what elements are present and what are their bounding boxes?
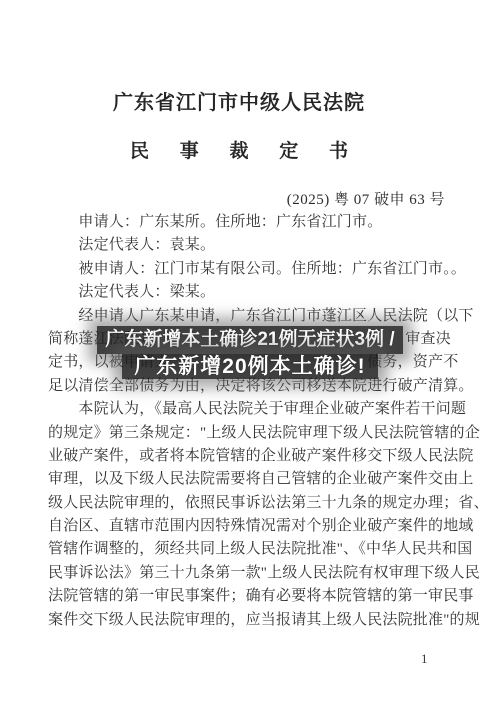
document-line: 法定代表人：袁某。 bbox=[48, 234, 460, 257]
document-line: 申请人：广东某所。住所地：广东省江门市。 bbox=[48, 211, 460, 234]
court-title: 广东省江门市中级人民法院 bbox=[0, 86, 478, 115]
document-line: 法定代表人：梁某。 bbox=[48, 281, 460, 304]
headline-line-2: 广东新增20例本土确诊! bbox=[122, 354, 377, 379]
headline-overlay: 广东新增本土确诊21例无症状3例 / 广东新增20例本土确诊! bbox=[0, 326, 500, 379]
headline-row-1: 广东新增本土确诊21例无症状3例 / bbox=[0, 326, 500, 354]
document-line: 业破产案件，或者将本院管辖的企业破产案件移交下级人民法院 bbox=[48, 445, 460, 468]
document-type-title: 民 事 裁 定 书 bbox=[0, 136, 478, 163]
document-line: 审理，以及下级人民法院需要将自己管辖的企业破产案件交由上 bbox=[48, 468, 460, 491]
document-body: 申请人：广东某所。住所地：广东省江门市。 法定代表人：袁某。 被申请人：江门市某… bbox=[48, 211, 460, 632]
document-line: 民事诉讼法》第三十九条第一款"上级人民法院有权审理下级人民 bbox=[48, 562, 460, 585]
document-line: 级人民法院审理的，依照民事诉讼法第三十九条的规定办理；省、 bbox=[48, 492, 460, 515]
document-line: 的规定》第三条规定："上级人民法院审理下级人民法院管辖的企 bbox=[48, 422, 460, 445]
page-number: 1 bbox=[421, 651, 428, 667]
case-number: (2025) 粤 07 破申 63 号 bbox=[287, 188, 445, 209]
document-line: 法院管辖的第一审民事案件；确有必要将本院管辖的第一审民事 bbox=[48, 585, 460, 608]
document-page: 广东省江门市中级人民法院 民 事 裁 定 书 (2025) 粤 07 破申 63… bbox=[0, 0, 500, 706]
document-line: 案件交下级人民法院审理的，应当报请其上级人民法院批准"的规 bbox=[48, 609, 460, 632]
document-line: 被申请人：江门市某有限公司。住所地：广东省江门市。。 bbox=[48, 258, 460, 281]
headline-line-1: 广东新增本土确诊21例无症状3例 / bbox=[97, 326, 402, 354]
document-line: 本院认为，《最高人民法院关于审理企业破产案件若干问题 bbox=[48, 398, 460, 421]
document-line: 经申请人广东某申请，广东省江门市蓬江区人民法院（以下 bbox=[48, 305, 460, 328]
document-line: 自治区、直辖市范围内因特殊情况需对个别企业破产案件的地域 bbox=[48, 515, 460, 538]
headline-row-2: 广东新增20例本土确诊! bbox=[0, 354, 500, 379]
document-line: 管辖作调整的，须经共同上级人民法院批准"、《中华人民共和国 bbox=[48, 538, 460, 561]
